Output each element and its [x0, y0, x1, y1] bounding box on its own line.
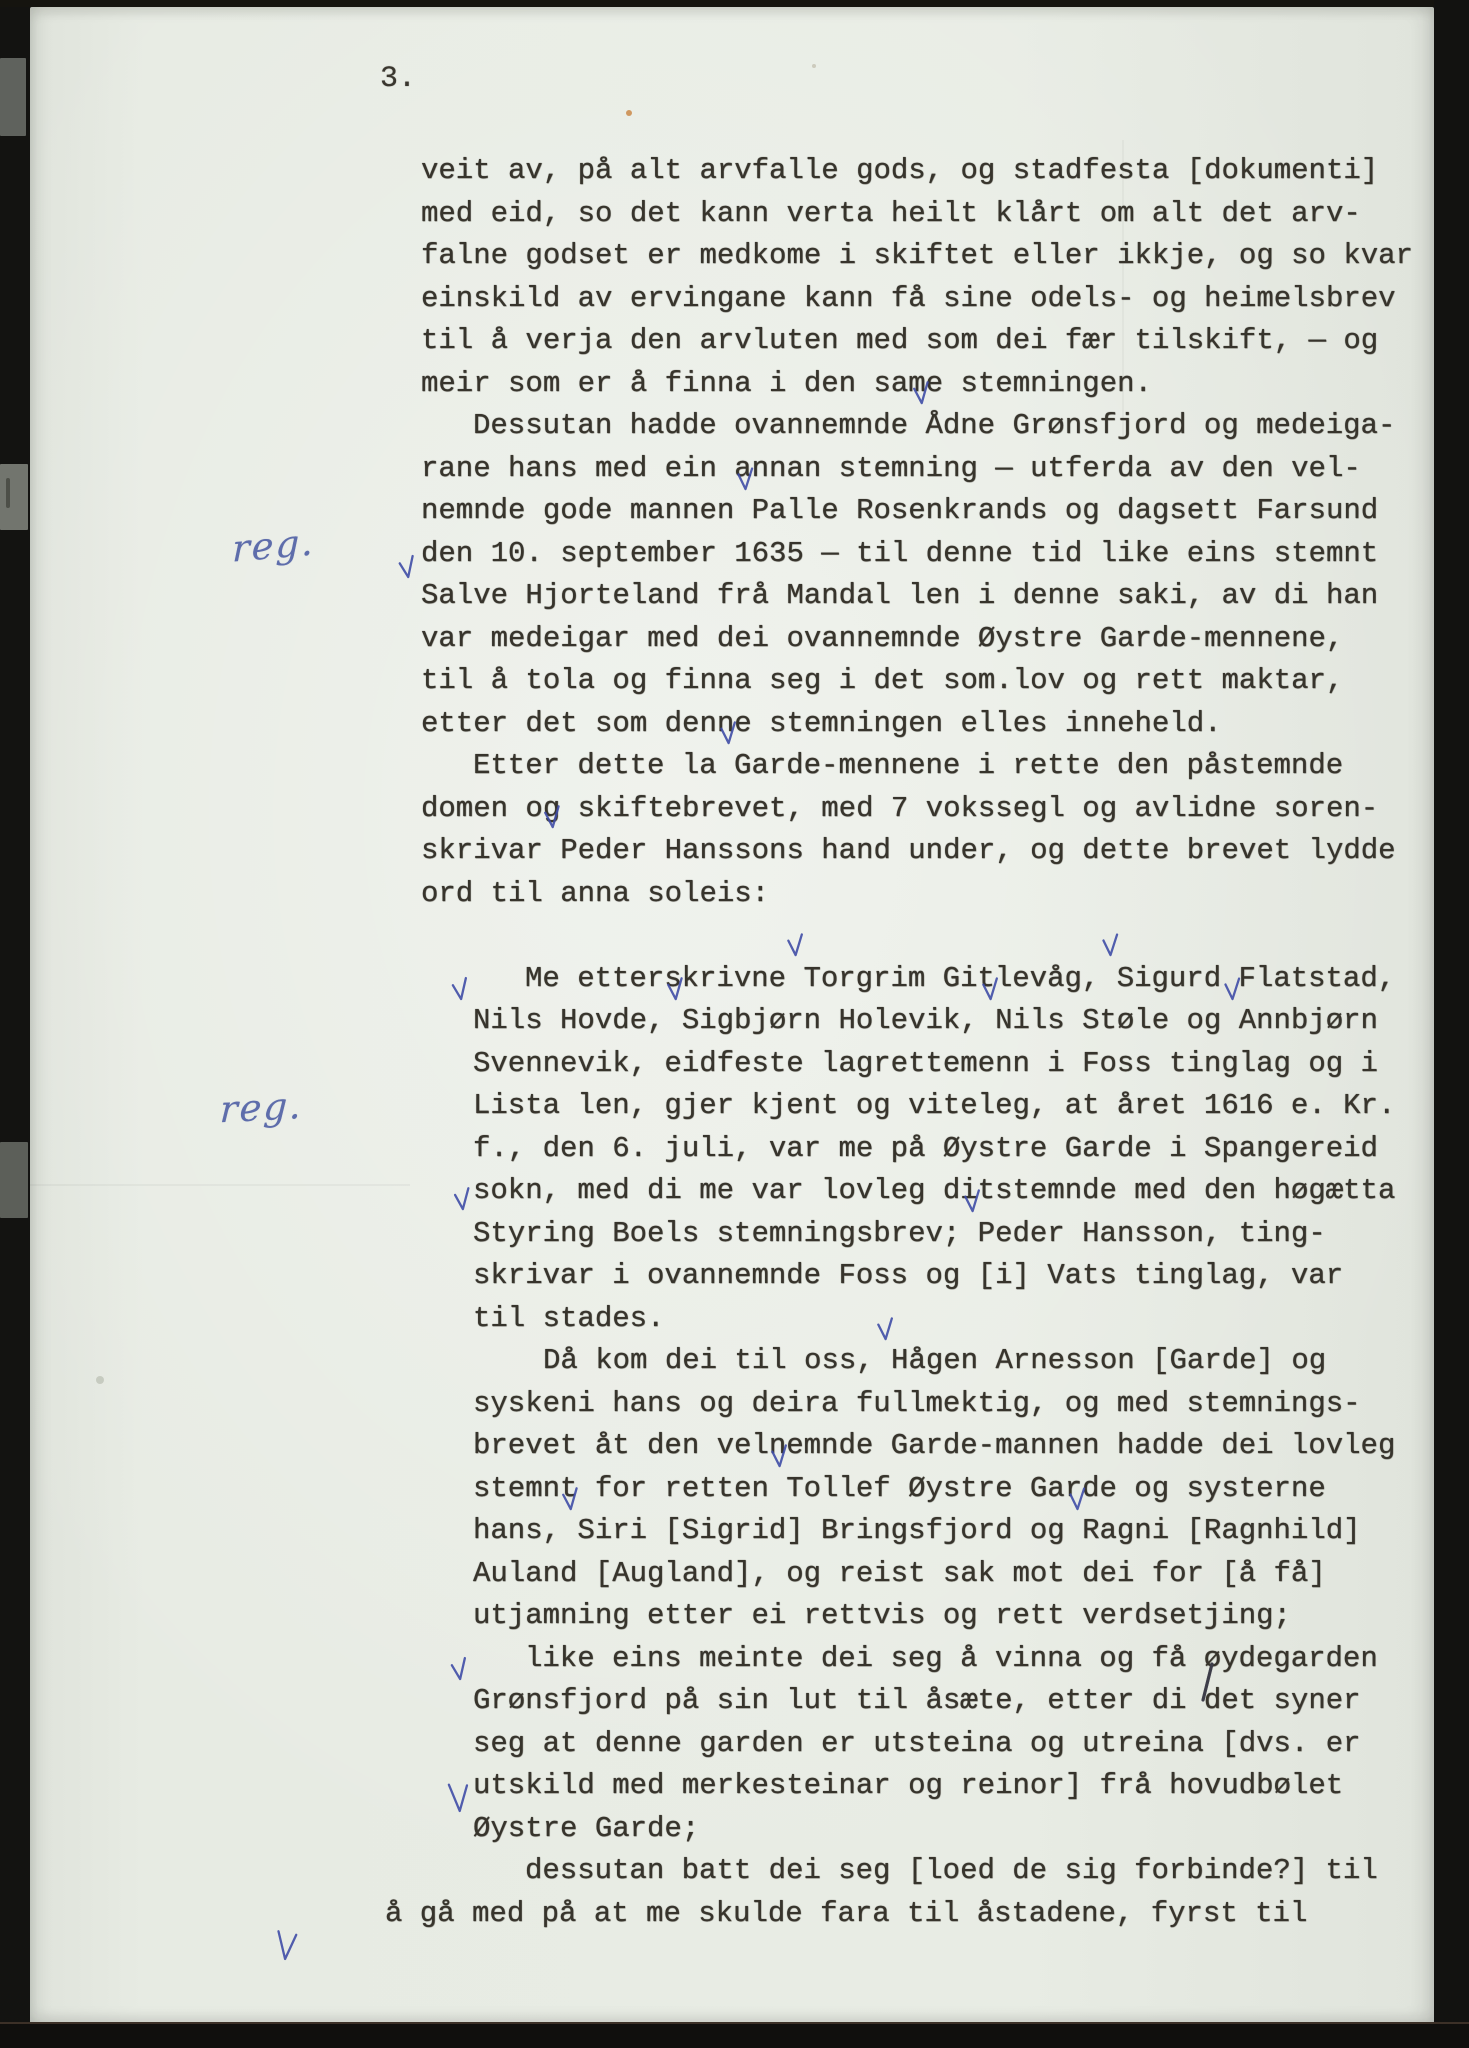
page-number: 3. [380, 62, 416, 96]
scan-edge-bottom [0, 2022, 1469, 2048]
scan-edge-top [0, 0, 1469, 7]
paper-edge-notch [0, 1142, 28, 1218]
paper-edge-notch [0, 464, 28, 530]
paper-edge-notch [0, 58, 26, 136]
scanned-document-page: 3. veit av, på alt arvfalle gods, og sta… [0, 0, 1469, 2048]
paper-crease [30, 1184, 410, 1186]
paper-edge-mark [6, 478, 10, 508]
scan-edge-right [1434, 0, 1469, 2048]
document-page [30, 7, 1434, 2025]
scan-edge-left [0, 0, 30, 2048]
paper-crease [1122, 140, 1124, 440]
